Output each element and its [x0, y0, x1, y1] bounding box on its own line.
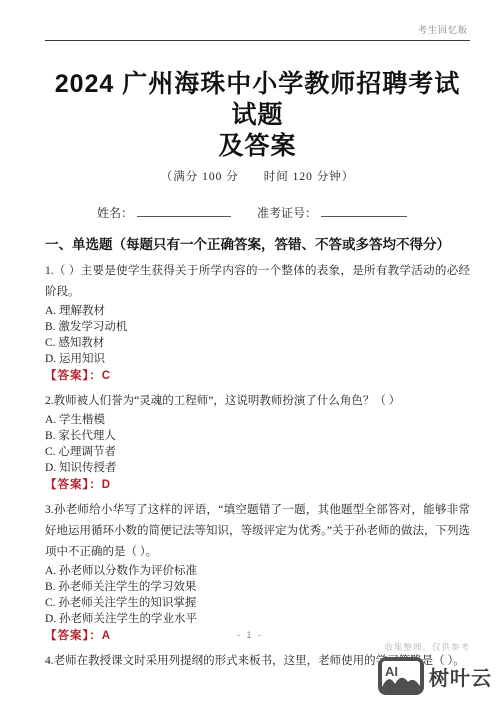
title-line1: 2024 广州海珠中小学教师招聘考试试题	[45, 69, 470, 131]
brand-logo: AI 树叶云	[378, 657, 492, 695]
question-1: 1.（ ）主要是使学生获得关于所学内容的一个整体的表象，是所有教学活动的必经阶段…	[45, 261, 470, 385]
name-blank-line	[137, 205, 231, 217]
question-3-option-a: A. 孙老师以分数作为评价标准	[45, 563, 470, 579]
question-2-option-b: B. 家长代理人	[45, 428, 470, 444]
question-list: 1.（ ）主要是使学生获得关于所学内容的一个整体的表象，是所有教学活动的必经阶段…	[45, 261, 470, 672]
exam-no-blank-line	[321, 205, 407, 217]
question-3-option-c: C. 孙老师关注学生的知识掌握	[45, 595, 470, 611]
question-1-option-d: D. 运用知识	[45, 351, 470, 367]
brand-name: 树叶云	[429, 662, 492, 691]
question-2: 2.教师被人们誉为“灵魂的工程师”，这说明教师扮演了什么角色？（ ） A. 学生…	[45, 391, 470, 494]
page-number: - 1 -	[0, 630, 500, 640]
logo-ai-text: AI	[385, 664, 398, 679]
footer-note: 收集整理，仅供参考	[384, 641, 470, 653]
question-3-stem: 3.孙老师给小华写了这样的评语，“填空题错了一题，其他题型全部答对，能够非常好地…	[45, 500, 470, 563]
exam-paper-page: 考生回忆版 2024 广州海珠中小学教师招聘考试试题 及答案 （满分 100 分…	[0, 0, 500, 707]
title-line2: 及答案	[45, 131, 470, 162]
header-rule	[45, 40, 470, 41]
question-2-answer: 【答案】：D	[45, 477, 470, 494]
question-2-option-a: A. 学生楷模	[45, 412, 470, 428]
exam-no-label: 准考证号：	[257, 206, 317, 220]
question-3-option-b: B. 孙老师关注学生的学习效果	[45, 579, 470, 595]
question-2-stem: 2.教师被人们誉为“灵魂的工程师”，这说明教师扮演了什么角色？（ ）	[45, 391, 470, 412]
question-1-answer: 【答案】：C	[45, 368, 470, 385]
ai-picture-logo-icon: AI	[378, 657, 424, 695]
question-1-option-c: C. 感知教材	[45, 335, 470, 351]
name-label: 姓名：	[97, 206, 133, 220]
exam-meta-line: （满分 100 分 时间 120 分钟）	[45, 170, 470, 185]
question-3: 3.孙老师给小华写了这样的评语，“填空题错了一题，其他题型全部答对，能够非常好地…	[45, 500, 470, 645]
question-3-option-d: D. 孙老师关注学生的学业水平	[45, 611, 470, 627]
version-label: 考生回忆版	[45, 0, 470, 36]
section-heading: 一、单选题（每题只有一个正确答案，答错、不答或多答均不得分）	[45, 236, 470, 254]
question-2-option-d: D. 知识传授者	[45, 460, 470, 476]
question-2-option-c: C. 心理调节者	[45, 444, 470, 460]
candidate-info-row: 姓名：准考证号：	[45, 205, 470, 222]
question-1-option-b: B. 激发学习动机	[45, 319, 470, 335]
question-1-stem: 1.（ ）主要是使学生获得关于所学内容的一个整体的表象，是所有教学活动的必经阶段…	[45, 261, 470, 303]
question-1-option-a: A. 理解教材	[45, 303, 470, 319]
page-title: 2024 广州海珠中小学教师招聘考试试题 及答案	[45, 69, 470, 162]
